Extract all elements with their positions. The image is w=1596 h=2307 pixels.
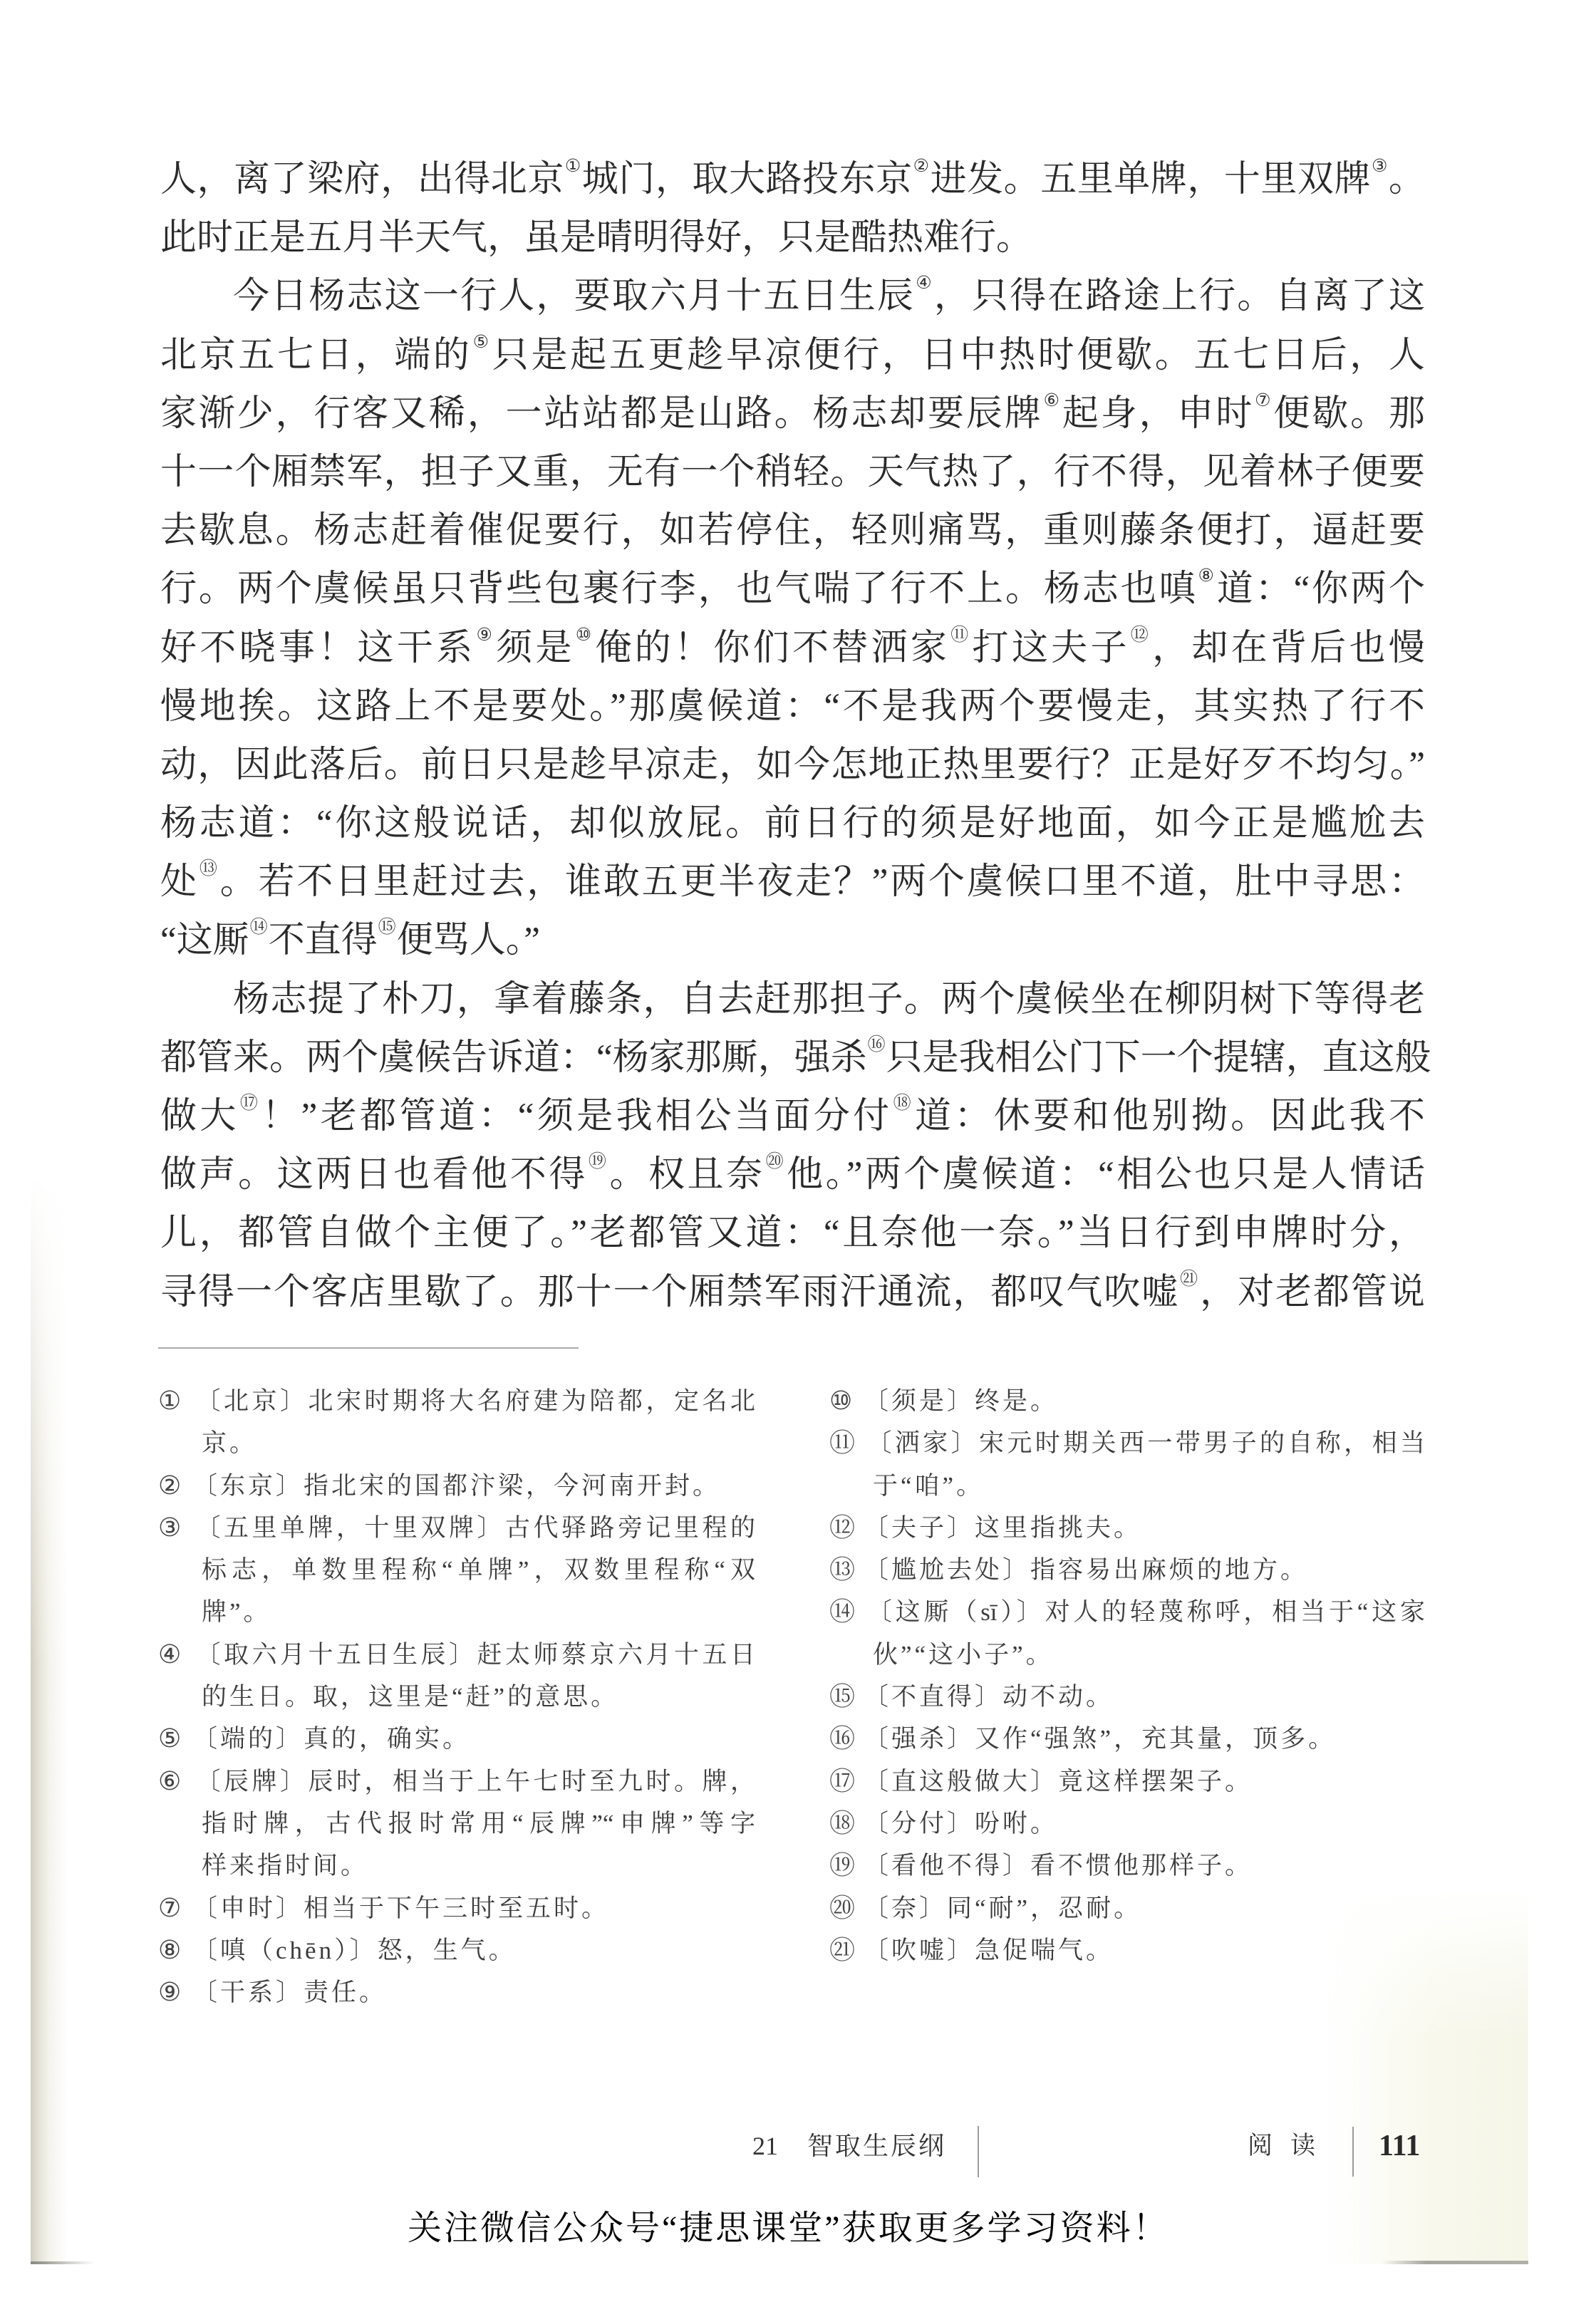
body-text: 他。”两个虞候道：“相公也只是人情话 [787,1155,1425,1195]
footnote-number: ㉑ [829,1929,864,1971]
footnote-text: 指时牌，古代报时常用“辰牌”“申牌”等字 [202,1810,755,1837]
body-line: 今日杨志这一行人，要取六月十五日生辰④，只得在路途上行。自离了这 [160,267,1425,326]
scan-edge-line-bottom-right [1382,2261,1528,2264]
footnote-text: 真的，确实。 [304,1725,470,1753]
footnote-term: 〔看他不得〕 [864,1852,1030,1880]
note-marker: ⑱ [893,1092,914,1113]
body-text: 此时正是五月半天气，虽是晴明得好，只是酷热难行。 [160,218,1032,258]
footnote-line: ⑮〔不直得〕动不动。 [829,1676,1425,1718]
body-line: 家渐少，行客又稀，一站站都是山路。杨志却要辰牌⑥起身，申时⑦便歇。那 [160,385,1425,443]
note-marker: ⑪ [950,624,971,645]
footnote-text: 吩咐。 [975,1810,1058,1837]
body-text: 今日杨志这一行人，要取六月十五日生辰 [233,276,915,316]
footnote-line: 牌”。 [158,1591,755,1633]
footnote-text: 样来指时间。 [202,1852,368,1880]
footnote-line: ⑬〔尴尬去处〕指容易出麻烦的地方。 [829,1549,1425,1591]
footnote-separator [158,1347,579,1349]
note-marker: ⑩ [576,624,595,645]
footnote-text: 动不动。 [1002,1683,1114,1711]
note-marker: ⑳ [766,1151,787,1171]
body-text: 城门，取大路投东京 [582,160,913,199]
footnote-text: 古代驿路旁记里程的 [505,1514,755,1542]
footnote-text: 辰时，相当于上午七时至九时。牌， [309,1768,755,1795]
footnote-line: ⑲〔看他不得〕看不惯他那样子。 [829,1845,1425,1887]
footnote-term: 〔不直得〕 [864,1683,1002,1711]
footnote-line: ⑪〔洒家〕宋元时期关西一带男子的自称，相当 [829,1422,1425,1464]
footnote-line: ⑱〔分付〕吩咐。 [829,1803,1425,1845]
body-line: 都管来。两个虞候告诉道：“杨家那厮，强杀⑯只是我相公门下一个提辖，直这般 [160,1029,1425,1087]
footnote-line: 京。 [158,1422,755,1464]
note-marker: ⑮ [378,916,396,937]
footnote-term: 〔夫子〕 [864,1514,975,1542]
footnote-line: ③〔五里单牌，十里双牌〕古代驿路旁记里程的 [158,1507,755,1549]
footnote-number: ⑨ [158,1971,192,2013]
footnote-line: 样来指时间。 [158,1845,755,1887]
footnote-text: 竟这样摆架子。 [1058,1768,1253,1795]
body-line: 慢地挨。这路上不是要处。”那虞候道：“不是我两个要慢走，其实热了行不 [160,678,1425,736]
footnote-text: 同“耐”，忍耐。 [947,1894,1141,1922]
lesson-number: 21 [752,2126,778,2166]
body-text: 道：“你两个 [1217,569,1425,609]
footnote-number: ⑪ [829,1422,864,1464]
body-text: 杨志道：“你这般说话，却似放屁。前日行的须是好地面，如今正是尴尬去 [160,804,1425,844]
body-text: 须是 [496,628,575,668]
footnote-term: 〔洒家〕 [864,1429,979,1457]
footnote-text: 北宋时期将大名府建为陪都，定名北 [309,1387,755,1415]
footnote-text: 又作“强煞”，充其量，顶多。 [975,1725,1336,1753]
footnote-line: ⑫〔夫子〕这里指挑夫。 [829,1507,1425,1549]
note-marker: ⑤ [473,331,492,352]
footnote-number: ⑭ [829,1591,864,1633]
body-text: 打这夫子 [973,628,1130,668]
footnote-number: ⑱ [829,1803,864,1845]
body-line: 十一个厢禁军，担子又重，无有一个稍轻。天气热了，行不得，见着林子便要 [160,443,1425,502]
body-line: 人，离了梁府，出得北京①城门，取大路投东京②进发。五里单牌，十里双牌③。 [160,150,1425,209]
footnote-number: ① [158,1380,192,1422]
note-marker: ⑧ [1198,565,1216,586]
body-text: 十一个厢禁军，担子又重，无有一个稍轻。天气热了，行不得，见着林子便要 [160,452,1425,492]
footnote-text: 急促喘气。 [975,1937,1114,1964]
footnote-line: 的生日。取，这里是“赶”的意思。 [158,1676,755,1718]
footer-divider [1352,2127,1354,2177]
body-text: 儿，都管自做个主便了。”老都管又道：“且奈他一奈。”当日行到申牌时分， [160,1213,1425,1253]
footnote-term: 〔端的〕 [192,1725,304,1753]
footnote-number: ⑦ [158,1887,192,1929]
footnote-number: ⑥ [158,1761,192,1803]
body-line: 行。两个虞候虽只背些包裹行李，也气喘了行不上。杨志也嗔⑧道：“你两个 [160,560,1425,618]
footnotes-right-column: ⑩〔须是〕终是。 ⑪〔洒家〕宋元时期关西一带男子的自称，相当 于“咱”。 ⑫〔夫… [829,1380,1425,1971]
body-line: “这厮⑭不直得⑮便骂人。” [160,911,1425,970]
note-marker: ③ [1372,155,1388,176]
footnote-line: ⑨〔干系〕责任。 [158,1971,755,2013]
footnote-term: 〔五里单牌，十里双牌〕 [192,1514,505,1542]
body-text: 慢地挨。这路上不是要处。”那虞候道：“不是我两个要慢走，其实热了行不 [160,687,1425,727]
body-text: 寻得一个客店里歇了。那十一个厢禁军雨汗通流，都叹气吹嘘 [160,1272,1179,1312]
note-marker: ⑫ [1131,624,1151,645]
body-text: 只是我相公门下一个提辖，直这般 [886,1038,1431,1078]
footnote-line: ④〔取六月十五日生辰〕赶太师蔡京六月十五日 [158,1634,755,1676]
footnote-text: 赶太师蔡京六月十五日 [477,1641,755,1669]
footnote-number: ⑤ [158,1718,192,1760]
footnote-line: 伙”“这小子”。 [829,1634,1425,1676]
body-line: 北京五七日，端的⑤只是起五更趁早凉便行，日中热时便歇。五七日后，人 [160,326,1425,385]
note-marker: ⑨ [476,624,495,645]
body-text: 便歇。那 [1273,394,1425,434]
footnote-term: 〔这厮（sī）〕 [864,1598,1045,1626]
body-line: 动，因此落后。前日只是趁早凉走，如今怎地正热里要行？正是好歹不均匀。” [160,736,1425,794]
footnote-text: 牌”。 [202,1598,271,1626]
lesson-title: 智取生辰纲 [807,2126,946,2166]
footnote-line: 指时牌，古代报时常用“辰牌”“申牌”等字 [158,1803,755,1845]
footnote-number: ③ [158,1507,192,1549]
footnote-term: 〔直这般做大〕 [864,1768,1058,1795]
footnote-line: 于“咱”。 [829,1465,1425,1507]
body-text: 只是起五更趁早凉便行，日中热时便歇。五七日后，人 [492,336,1425,375]
footnote-line: ①〔北京〕北宋时期将大名府建为陪都，定名北 [158,1380,755,1422]
body-line: 此时正是五月半天气，虽是晴明得好，只是酷热难行。 [160,209,1425,267]
footnote-number: ② [158,1465,192,1507]
footnote-line: ㉑〔吹嘘〕急促喘气。 [829,1929,1425,1971]
footnote-line: ⑩〔须是〕终是。 [829,1380,1425,1422]
note-marker: ⑦ [1255,390,1273,410]
footnote-text: 京。 [202,1429,257,1457]
body-line: 做大⑰！”老都管道：“须是我相公当面分付⑱道：休要和他别拗。因此我不 [160,1087,1425,1146]
footnote-text: 责任。 [304,1979,387,2006]
footnote-text: 指容易出麻烦的地方。 [1030,1556,1308,1584]
footnote-text: 宋元时期关西一带男子的自称，相当 [979,1429,1425,1457]
body-text: 起身，申时 [1062,394,1254,434]
body-text: 俺的！你们不替洒家 [595,628,950,668]
footnote-text: 这里指挑夫。 [975,1514,1141,1542]
footnote-line: ⑥〔辰牌〕辰时，相当于上午七时至九时。牌， [158,1761,755,1803]
footnote-line: ⑧〔嗔（chēn）〕怒，生气。 [158,1929,755,1971]
footnote-line: ⑭〔这厮（sī）〕对人的轻蔑称呼，相当于“这家 [829,1591,1425,1633]
footnote-line: ⑳〔奈〕同“耐”，忍耐。 [829,1887,1425,1929]
footnote-term: 〔东京〕 [192,1472,304,1500]
footnote-number: ⑮ [829,1676,864,1718]
footnote-text: 标志，单数里程称“单牌”，双数里程称“双 [202,1556,755,1584]
note-marker: ⑰ [240,1092,261,1113]
body-text: ！”老都管道：“须是我相公当面分付 [261,1097,892,1136]
body-text: 便骂人。” [397,921,540,960]
note-marker: ㉑ [1180,1268,1199,1289]
body-line: 儿，都管自做个主便了。”老都管又道：“且奈他一奈。”当日行到申牌时分， [160,1204,1425,1263]
footnote-text: 指北宋的国都汴梁，今河南开封。 [304,1472,720,1500]
body-text: 行。两个虞候虽只背些包裹行李，也气喘了行不上。杨志也嗔 [160,569,1198,609]
footnote-term: 〔须是〕 [864,1387,975,1415]
body-line: 寻得一个客店里歇了。那十一个厢禁军雨汗通流，都叹气吹嘘㉑，对老都管说 [160,1263,1425,1322]
note-marker: ② [913,155,930,176]
note-marker: ⑬ [199,858,219,878]
body-text: 杨志提了朴刀，拿着藤条，自去赶那担子。两个虞候坐在柳阴树下等得老 [233,980,1425,1020]
body-text: 不直得 [269,921,378,960]
body-line: 杨志提了朴刀，拿着藤条，自去赶那担子。两个虞候坐在柳阴树下等得老 [160,970,1425,1029]
note-marker: ⑭ [250,916,268,937]
footnote-line: ⑤〔端的〕真的，确实。 [158,1718,755,1760]
page-footer: 21 智取生辰纲 阅读 111 [0,2126,1596,2177]
footnote-number: ⑰ [829,1761,864,1803]
footnote-term: 〔嗔（chēn）〕 [192,1937,378,1964]
footnote-term: 〔奈〕 [864,1894,947,1922]
body-line: 去歇息。杨志赶着催促要行，如若停住，轻则痛骂，重则藤条便打，逼赶要 [160,502,1425,560]
body-text: 都管来。两个虞候告诉道：“杨家那厮，强杀 [160,1038,867,1078]
note-marker: ① [565,155,581,176]
body-text: 去歇息。杨志赶着催促要行，如若停住，轻则痛骂，重则藤条便打，逼赶要 [160,511,1425,551]
footnote-term: 〔强杀〕 [864,1725,975,1753]
footnotes-left-column: ①〔北京〕北宋时期将大名府建为陪都，定名北 京。 ②〔东京〕指北宋的国都汴梁，今… [158,1380,755,2013]
footnote-text: 的生日。取，这里是“赶”的意思。 [202,1683,618,1711]
footnote-number: ⑫ [829,1507,864,1549]
body-text: ，只得在路途上行。自离了这 [934,276,1425,316]
footnote-line: ⑰〔直这般做大〕竟这样摆架子。 [829,1761,1425,1803]
footnote-text: 于“咱”。 [873,1472,984,1500]
body-text: ，对老都管说 [1200,1272,1425,1312]
scan-edge-shadow-left [31,1176,68,2264]
body-text: 。权且奈 [609,1155,765,1195]
note-marker: ⑯ [868,1034,886,1054]
footnote-term: 〔北京〕 [192,1387,309,1415]
note-marker: ④ [916,272,933,293]
footnote-term: 〔申时〕 [192,1894,304,1922]
main-text: 人，离了梁府，出得北京①城门，取大路投东京②进发。五里单牌，十里双牌③。 此时正… [160,150,1425,1322]
footnote-text: 伙”“这小子”。 [873,1641,1054,1669]
body-text: 。若不日里赶过去，谁敢五更半夜走？”两个虞候口里不道，肚中寻思： [220,862,1425,902]
body-text: “这厮 [160,921,249,960]
footnote-text: 相当于下午三时至五时。 [304,1894,609,1922]
body-text: 做大 [160,1097,239,1136]
body-text: 家渐少，行客又稀，一站站都是山路。杨志却要辰牌 [160,394,1043,434]
note-marker: ⑥ [1044,390,1062,410]
footnote-text: 对人的轻蔑称呼，相当于“这家 [1045,1598,1425,1626]
footnote-line: ⑯〔强杀〕又作“强煞”，充其量，顶多。 [829,1718,1425,1760]
footnote-number: ⑬ [829,1549,864,1591]
body-text: 北京五七日，端的 [160,336,472,375]
footnote-term: 〔尴尬去处〕 [864,1556,1030,1584]
footnote-text: 看不惯他那样子。 [1030,1852,1253,1880]
footnote-line: 标志，单数里程称“单牌”，双数里程称“双 [158,1549,755,1591]
note-marker: ⑲ [589,1151,609,1171]
body-line: 好不晓事！这干系⑨须是⑩俺的！你们不替洒家⑪打这夫子⑫，却在背后也慢 [160,619,1425,678]
footnote-term: 〔吹嘘〕 [864,1937,975,1964]
footnote-term: 〔取六月十五日生辰〕 [192,1641,477,1669]
footnote-text: 终是。 [975,1387,1058,1415]
body-line: 杨志道：“你这般说话，却似放屁。前日行的须是好地面，如今正是尴尬去 [160,794,1425,853]
body-text: 动，因此落后。前日只是趁早凉走，如今怎地正热里要行？正是好歹不均匀。” [160,745,1425,785]
body-text: ，却在背后也慢 [1152,628,1425,668]
unit-label: 阅读 [1248,2126,1333,2166]
footnote-number: ⑲ [829,1845,864,1887]
footnote-number: ⑧ [158,1929,192,1971]
footnote-term: 〔辰牌〕 [192,1768,309,1795]
body-text: 。 [1389,160,1425,199]
scan-edge-line-bottom-left [31,2261,95,2264]
body-text: 人，离了梁府，出得北京 [160,160,564,199]
body-text: 道：休要和他别拗。因此我不 [915,1097,1425,1136]
body-text: 做声。这两日也看他不得 [160,1155,588,1195]
body-text: 进发。五里单牌，十里双牌 [931,160,1371,199]
footnote-line: ②〔东京〕指北宋的国都汴梁，今河南开封。 [158,1465,755,1507]
body-text: 好不晓事！这干系 [160,628,475,668]
footnote-number: ⑩ [829,1380,864,1422]
footnote-number: ⑯ [829,1718,864,1760]
footnote-text: 怒，生气。 [378,1937,517,1964]
footnote-number: ④ [158,1634,192,1676]
footnote-term: 〔干系〕 [192,1979,304,2006]
footer-divider [978,2126,979,2177]
body-line: 做声。这两日也看他不得⑲。权且奈⑳他。”两个虞候道：“相公也只是人情话 [160,1146,1425,1204]
footnote-number: ⑳ [829,1887,864,1929]
footnote-term: 〔分付〕 [864,1810,975,1837]
footnote-line: ⑦〔申时〕相当于下午三时至五时。 [158,1887,755,1929]
watermark-text: 关注微信公众号“捷思课堂”获取更多学习资料！ [408,2207,1169,2250]
page-number: 111 [1379,2126,1420,2166]
body-line: 处⑬。若不日里赶过去，谁敢五更半夜走？”两个虞候口里不道，肚中寻思： [160,853,1425,911]
body-text: 处 [160,862,199,902]
